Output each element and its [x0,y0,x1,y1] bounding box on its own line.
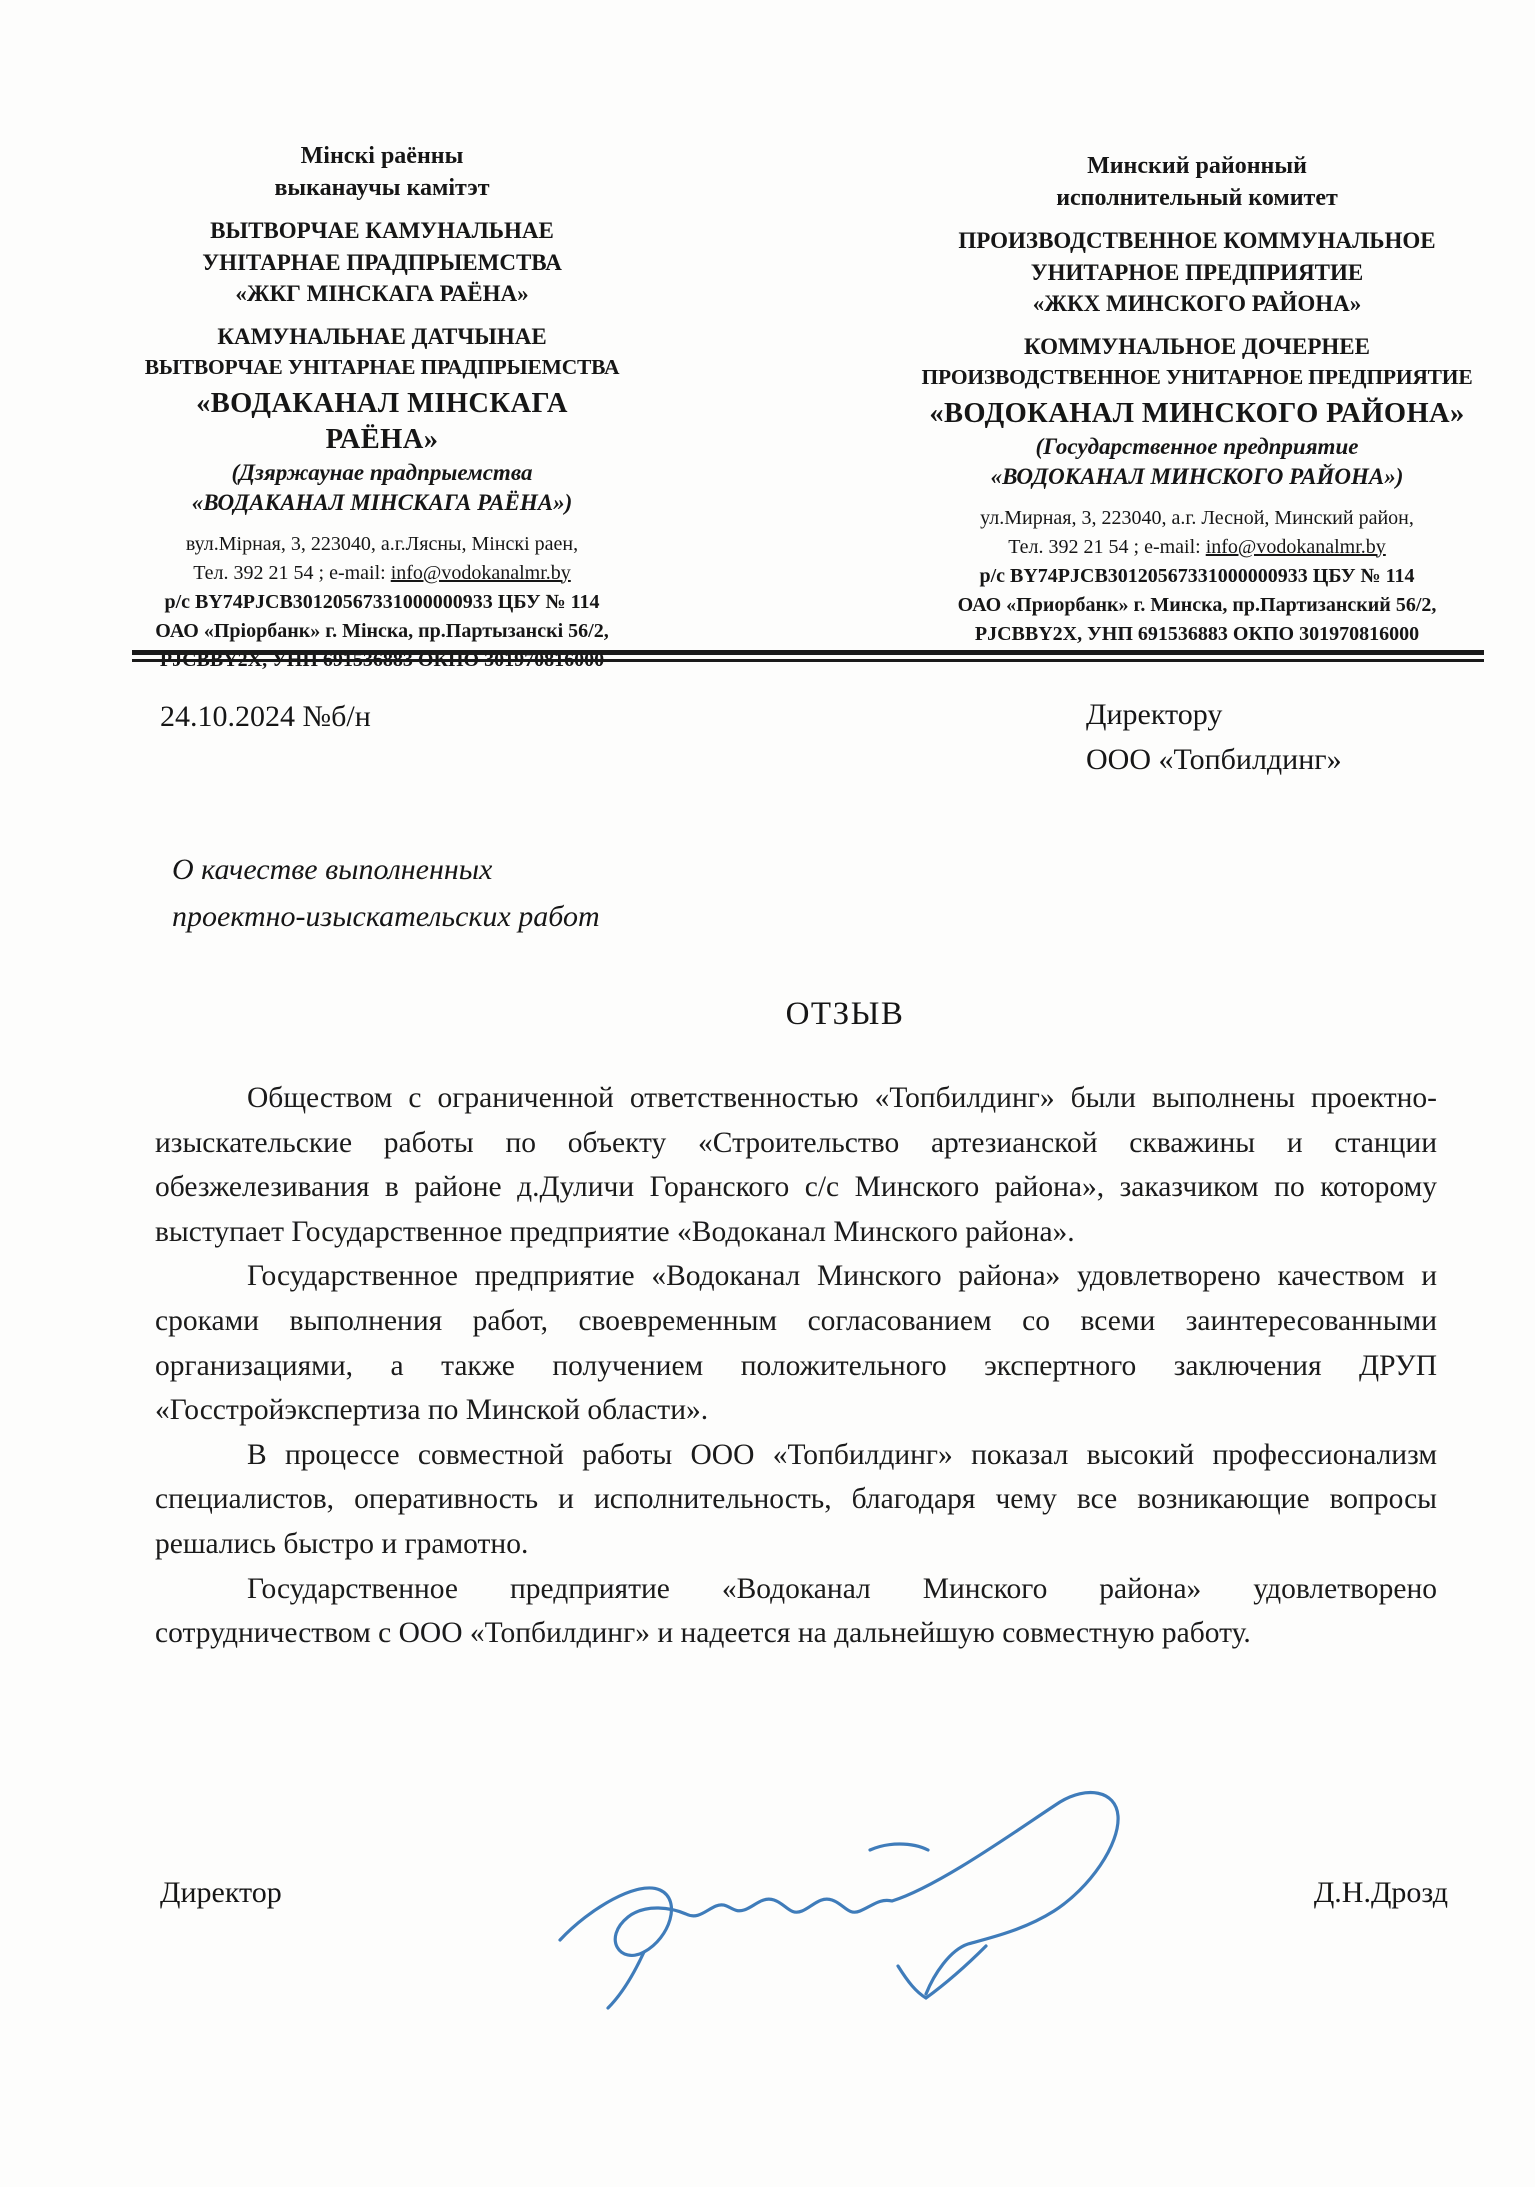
left-org-type-line: ВЫТВОРЧАЕ УНІТАРНАЕ ПРАДПРЫЕМСТВА [138,352,626,384]
addressee-line: Директору [1086,692,1342,737]
right-bank-line: ОАО «Приорбанк» г. Минска, пр.Партизанск… [903,591,1491,620]
right-committee-line: Минский районный [903,150,1491,182]
left-committee-line: Мінскі раённы [138,140,626,172]
right-phone-email-line: Тел. 392 21 54 ; e-mail: info@vodokanalm… [903,533,1491,562]
right-org-name: «ВОДОКАНАЛ МИНСКОГО РАЙОНА» [903,396,1491,432]
body-paragraph: Обществом с ограниченной ответственность… [155,1076,1437,1254]
left-bank-line: ОАО «Пріорбанк» г. Мінска, пр.Партызанск… [138,617,626,646]
signature-stroke-descender [608,1952,644,2008]
right-parent-org-line: УНИТАРНОЕ ПРЕДПРИЯТИЕ [903,257,1491,289]
body-paragraph: Государственное предприятие «Водоканал М… [155,1254,1437,1432]
left-account-line: р/с BY74PJCB30120567331000000933 ЦБУ № 1… [138,588,626,617]
addressee-block: Директору ООО «Топбилдинг» [1086,692,1342,782]
left-parent-org-line: ВЫТВОРЧАЕ КАМУНАЛЬНАЕ [138,215,626,247]
signature-stroke-check [898,1946,986,1998]
left-org-state-line: «ВОДАКАНАЛ МІНСКАГА РАЁНА») [138,488,626,518]
right-org-type-line: ПРОИЗВОДСТВЕННОЕ УНИТАРНОЕ ПРЕДПРИЯТИЕ [903,362,1491,394]
letterhead-right: Минский районный исполнительный комитет … [903,150,1491,649]
left-org-type-line: КАМУНАЛЬНАЕ ДАТЧЫНАЕ [138,321,626,353]
subject-line: О качестве выполненных [172,846,600,893]
left-phone-email-line: Тел. 392 21 54 ; e-mail: info@vodokanalm… [138,559,626,588]
left-email-text: info@vodokanalmr.by [391,562,571,584]
subject-block: О качестве выполненных проектно-изыскате… [172,846,600,940]
left-parent-org-line: «ЖКГ МІНСКАГА РАЁНА» [138,278,626,310]
left-org-state-line: (Дзяржаунае прадпрыемства [138,458,626,488]
right-account-line: р/с BY74PJCB30120567331000000933 ЦБУ № 1… [903,562,1491,591]
right-parent-org-line: ПРОИЗВОДСТВЕННОЕ КОММУНАЛЬНОЕ [903,225,1491,257]
right-org-state-line: «ВОДОКАНАЛ МИНСКОГО РАЙОНА») [903,462,1491,492]
right-parent-org-line: «ЖКХ МИНСКОГО РАЙОНА» [903,288,1491,320]
letterhead-left: Мінскі раённы выканаучы камітэт ВЫТВОРЧА… [138,140,626,675]
signature-stroke-bar [870,1844,928,1850]
subject-line: проектно-изыскательских работ [172,893,600,940]
handwritten-signature [520,1768,1200,2028]
signature-stroke-main [560,1793,1118,1994]
signer-name: Д.Н.Дрозд [1314,1876,1448,1910]
left-phone-label: Тел. 392 21 54 ; e-mail: [193,562,391,584]
left-org-name: «ВОДАКАНАЛ МІНСКАГА РАЁНА» [138,386,626,458]
body-paragraph: В процессе совместной работы ООО «Топбил… [155,1433,1437,1567]
document-title: ОТЗЫВ [155,996,1535,1033]
right-org-state-line: (Государственное предприятие [903,432,1491,462]
right-address-block: ул.Мирная, 3, 223040, а.г. Лесной, Минск… [903,504,1491,649]
letter-body: Обществом с ограниченной ответственность… [155,1076,1437,1656]
right-org-type-line: КОММУНАЛЬНОЕ ДОЧЕРНЕЕ [903,331,1491,363]
right-committee-line: исполнительный комитет [903,182,1491,214]
letterhead-divider-rule [132,650,1484,662]
right-codes-line: PJCBBY2X, УНП 691536883 ОКПО 30197081600… [903,620,1491,649]
left-address-line: вул.Мірная, 3, 223040, а.г.Лясны, Мінскі… [138,530,626,559]
date-number-line: 24.10.2024 №б/н [160,700,371,734]
letter-page: Мінскі раённы выканаучы камітэт ВЫТВОРЧА… [0,0,1535,2187]
signer-role: Директор [160,1876,282,1910]
left-parent-org-line: УНІТАРНАЕ ПРАДПРЫЕМСТВА [138,247,626,279]
right-address-line: ул.Мирная, 3, 223040, а.г. Лесной, Минск… [903,504,1491,533]
addressee-line: ООО «Топбилдинг» [1086,737,1342,782]
body-paragraph: Государственное предприятие «Водоканал М… [155,1567,1437,1656]
right-phone-label: Тел. 392 21 54 ; e-mail: [1008,536,1206,558]
right-email-text: info@vodokanalmr.by [1206,536,1386,558]
left-committee-line: выканаучы камітэт [138,172,626,204]
